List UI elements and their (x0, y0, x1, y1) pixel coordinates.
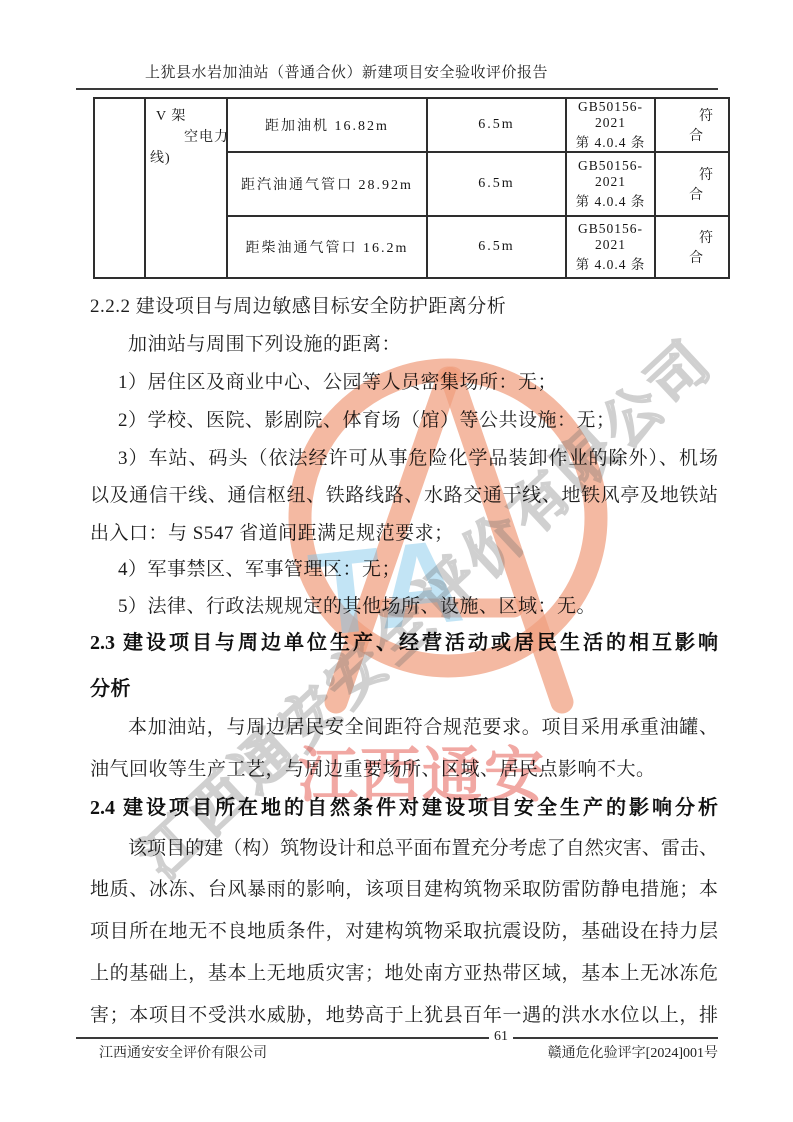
row-label-line: V 架 (146, 106, 226, 127)
list-item: 5）法律、行政法规规定的其他场所、设施、区域：无。 (118, 594, 596, 620)
section-2-3-heading-line-2: 分析 (90, 676, 131, 702)
paragraph-line: 项目所在地无不良地质条件，对建构筑物采取抗震设防，基础设在持力层 (90, 919, 718, 945)
table-cell-code-reference: GB50156- 2021 第 4.0.4 条 (566, 152, 655, 216)
paragraph-line: 油气回收等生产工艺，与周边重要场所、区域、居民点影响不大。 (90, 757, 656, 783)
code-line: 第 4.0.4 条 (576, 131, 646, 151)
footer-divider (76, 1037, 718, 1039)
code-line: GB50156- (578, 221, 643, 237)
paragraph-line: 上的基础上，基本上无地质灾害；地处南方亚热带区域，基本上无冰冻危 (90, 961, 718, 987)
section-2-3-heading: 2.3 建设项目与周边单位生产、经营活动或居民生活的相互影响 (90, 630, 718, 656)
conformity-char: 符 (699, 105, 713, 125)
table-cell-item: 距加油机 16.82m (227, 98, 427, 152)
conformity-char: 合 (689, 184, 703, 204)
row-label-line: 空电力 (146, 127, 226, 148)
table-cell-required-distance: 6.5m (427, 98, 566, 152)
table-cell-item: 距柴油通气管口 16.2m (227, 216, 427, 278)
conformity-char: 符 (699, 164, 713, 184)
list-item: 2）学校、医院、影剧院、体育场（馆）等公共设施：无； (118, 408, 616, 434)
paragraph-line: 出入口：与 S547 省道间距满足规范要求； (90, 521, 454, 547)
list-item: 4）军事禁区、军事管理区：无； (118, 557, 401, 583)
section-2-4-heading: 2.4 建设项目所在地的自然条件对建设项目安全生产的影响分析 (90, 795, 718, 821)
code-line: 第 4.0.4 条 (576, 253, 646, 273)
footer-doc-number: 赣通危化验评字[2024]001号 (418, 1042, 718, 1062)
table-cell-conformity: 符 合 (655, 152, 729, 216)
paragraph-line: 本加油站，与周边居民安全间距符合规范要求。项目采用承重油罐、 (128, 715, 718, 741)
paragraph-line: 地质、冰冻、台风暴雨的影响，该项目建构筑物采取防雷防静电措施；本 (90, 877, 718, 903)
table-cell-conformity: 符 合 (655, 216, 729, 278)
conformity-char: 合 (689, 247, 703, 267)
code-line: 第 4.0.4 条 (576, 190, 646, 210)
table-cell-code-reference: GB50156- 2021 第 4.0.4 条 (566, 98, 655, 152)
conformity-char: 符 (699, 227, 713, 247)
table-cell-code-reference: GB50156- 2021 第 4.0.4 条 (566, 216, 655, 278)
list-item: 3）车站、码头（依法经许可从事危险化学品装卸作业的除外）、机场 (118, 446, 718, 472)
footer-company: 江西通安安全评价有限公司 (99, 1042, 267, 1062)
distance-compliance-table: V 架 空电力 线) 距加油机 16.82m 6.5m GB50156- 202… (93, 97, 730, 279)
list-item: 1）居住区及商业中心、公园等人员密集场所：无； (118, 370, 557, 396)
paragraph-line: 以及通信干线、通信枢纽、铁路线路、水路交通干线、地铁风亭及地铁站 (90, 483, 718, 509)
table-cell-required-distance: 6.5m (427, 216, 566, 278)
header-divider (76, 88, 718, 90)
document-page: 上犹县水岩加油站（普通合伙）新建项目安全验收评价报告 V 架 空电力 线) 距加… (0, 0, 793, 1122)
table-cell-required-distance: 6.5m (427, 152, 566, 216)
code-line: 2021 (595, 237, 626, 253)
code-line: 2021 (595, 174, 626, 190)
table-cell-row-label: V 架 空电力 线) (145, 98, 227, 278)
conformity-char: 合 (689, 125, 703, 145)
table-cell-item: 距汽油通气管口 28.92m (227, 152, 427, 216)
section-2-2-2-heading: 2.2.2 建设项目与周边敏感目标安全防护距离分析 (90, 294, 506, 320)
paragraph-line: 该项目的建（构）筑物设计和总平面布置充分考虑了自然灾害、雷击、 (128, 836, 718, 862)
code-line: GB50156- (578, 99, 643, 115)
code-line: 2021 (595, 115, 626, 131)
row-label-line: 线) (146, 148, 226, 169)
paragraph-line: 害；本项目不受洪水威胁，地势高于上犹县百年一遇的洪水水位以上，排 (90, 1003, 718, 1029)
table-cell-conformity: 符 合 (655, 98, 729, 152)
document-header-title: 上犹县水岩加油站（普通合伙）新建项目安全验收评价报告 (145, 61, 548, 82)
table-cell-serial-empty (94, 98, 145, 278)
code-line: GB50156- (578, 158, 643, 174)
paragraph-line: 加油站与周围下列设施的距离： (128, 332, 401, 358)
